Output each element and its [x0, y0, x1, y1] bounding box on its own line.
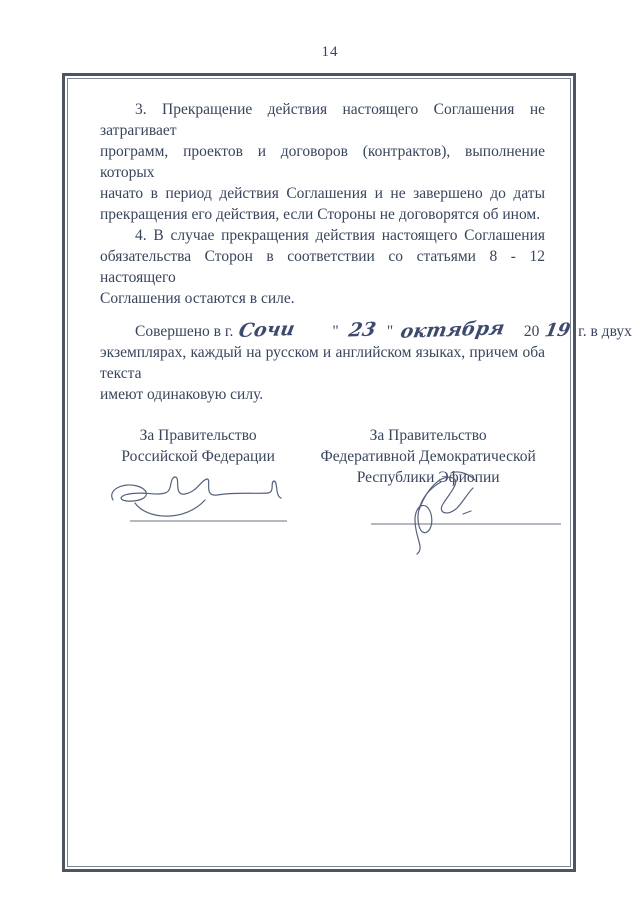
caption-line: За Правительство	[311, 425, 545, 446]
document-outer-frame: 3. Прекращение действия настоящего Согла…	[62, 73, 576, 872]
signature-scrawl-ethiopia	[363, 470, 563, 565]
handwritten-city: Сочи	[238, 322, 296, 339]
execution-tail: г. в двух	[578, 323, 632, 340]
caption-line: Российской Федерации	[100, 446, 296, 467]
paragraph-3-line: 3. Прекращение действия настоящего Согла…	[100, 99, 545, 141]
handwritten-month: октября	[399, 321, 505, 340]
year-century-printed: 20	[524, 323, 540, 340]
page-number: 14	[10, 44, 640, 61]
execution-date-line: Совершено в г. Сочи " 23 " октября 20 19…	[100, 321, 545, 342]
scanned-document-page: 14 3. Прекращение действия настоящего Со…	[0, 0, 640, 905]
caption-line: Федеративной Демократической	[311, 446, 545, 467]
execution-line-3: имеют одинаковую силу.	[100, 384, 545, 405]
paragraph-3: 3. Прекращение действия настоящего Согла…	[100, 99, 545, 225]
paragraph-3-line: прекращения его действия, если Стороны н…	[100, 204, 545, 225]
paragraph-4: 4. В случае прекращения действия настоящ…	[100, 225, 545, 309]
document-inner-frame: 3. Прекращение действия настоящего Согла…	[67, 78, 571, 867]
quote-mark: "	[387, 323, 393, 340]
signatures-row	[100, 470, 545, 570]
paragraph-4-line: 4. В случае прекращения действия настоящ…	[100, 225, 545, 246]
paragraph-4-line: Соглашения остаются в силе.	[100, 288, 545, 309]
handwritten-day: 23	[347, 323, 376, 339]
paragraph-3-line: программ, проектов и договоров (контракт…	[100, 141, 545, 183]
execution-prefix: Совершено в г.	[135, 323, 233, 340]
paragraph-4-line: обязательства Сторон в соответствии со с…	[100, 246, 545, 288]
signature-scrawl-russia	[105, 470, 295, 532]
quote-mark: "	[332, 323, 338, 340]
paragraph-3-line: начато в период действия Соглашения и не…	[100, 183, 545, 204]
handwritten-year: 19	[544, 323, 572, 339]
caption-line: За Правительство	[100, 425, 296, 446]
execution-clause: Совершено в г. Сочи " 23 " октября 20 19…	[100, 321, 545, 405]
execution-line-2: экземплярах, каждый на русском и английс…	[100, 342, 545, 384]
